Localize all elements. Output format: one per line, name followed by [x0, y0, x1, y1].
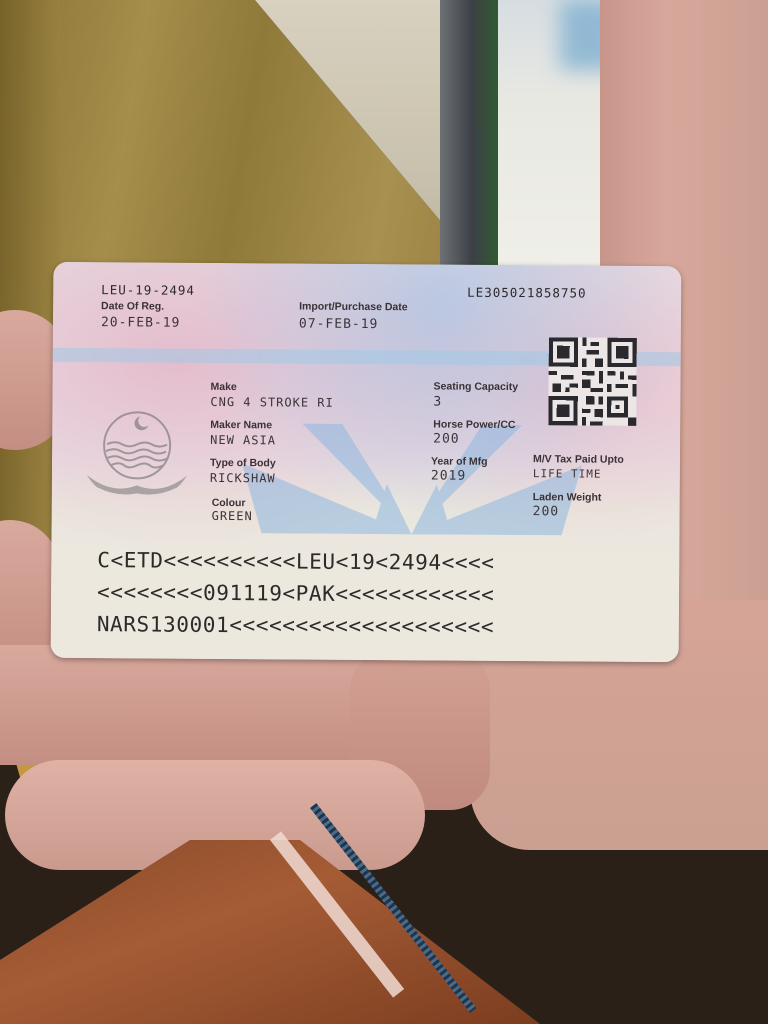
card-serial-number: LE305021858750: [467, 285, 586, 301]
type-of-body-value: RICKSHAW: [210, 471, 276, 485]
maker-name-value: NEW ASIA: [210, 433, 276, 447]
tax-paid-value: LIFE TIME: [533, 467, 602, 480]
mrz-line-1: C<ETD<<<<<<<<<<LEU<19<2494<<<<: [97, 548, 494, 575]
import-date-value: 07-FEB-19: [299, 317, 379, 333]
make-value: CNG 4 STROKE RI: [210, 395, 333, 410]
laden-weight-value: 200: [533, 504, 560, 519]
year-of-mfg-label: Year of Mfg: [431, 455, 488, 467]
registration-number: LEU-19-2494: [101, 282, 195, 298]
colour-label: Colour: [212, 497, 246, 509]
date-of-reg-label: Date Of Reg.: [101, 300, 164, 312]
laden-weight-label: Laden Weight: [533, 491, 602, 503]
vehicle-registration-card: LEU-19-2494 LE305021858750 Date Of Reg. …: [51, 262, 682, 662]
make-label: Make: [210, 381, 236, 393]
door-frame: [440, 0, 498, 275]
photo-scene: LEU-19-2494 LE305021858750 Date Of Reg. …: [0, 0, 768, 1024]
seating-capacity-label: Seating Capacity: [433, 380, 518, 393]
punjab-emblem-icon: [82, 400, 193, 501]
type-of-body-label: Type of Body: [210, 457, 276, 469]
tax-paid-label: M/V Tax Paid Upto: [533, 453, 624, 466]
import-date-label: Import/Purchase Date: [299, 301, 408, 314]
colour-value: GREEN: [212, 509, 253, 523]
year-of-mfg-value: 2019: [431, 468, 466, 483]
maker-name-label: Maker Name: [210, 419, 272, 431]
horse-power-value: 200: [433, 431, 460, 446]
date-of-reg-value: 20-FEB-19: [101, 315, 181, 331]
mrz-line-2: <<<<<<<<091119<PAK<<<<<<<<<<<<: [97, 580, 494, 607]
horse-power-label: Horse Power/CC: [433, 418, 515, 431]
qr-code-icon: [548, 337, 637, 426]
mrz-line-3: NARS130001<<<<<<<<<<<<<<<<<<<<: [97, 612, 494, 639]
seating-capacity-value: 3: [433, 394, 442, 409]
left-ring-finger: [0, 645, 410, 765]
